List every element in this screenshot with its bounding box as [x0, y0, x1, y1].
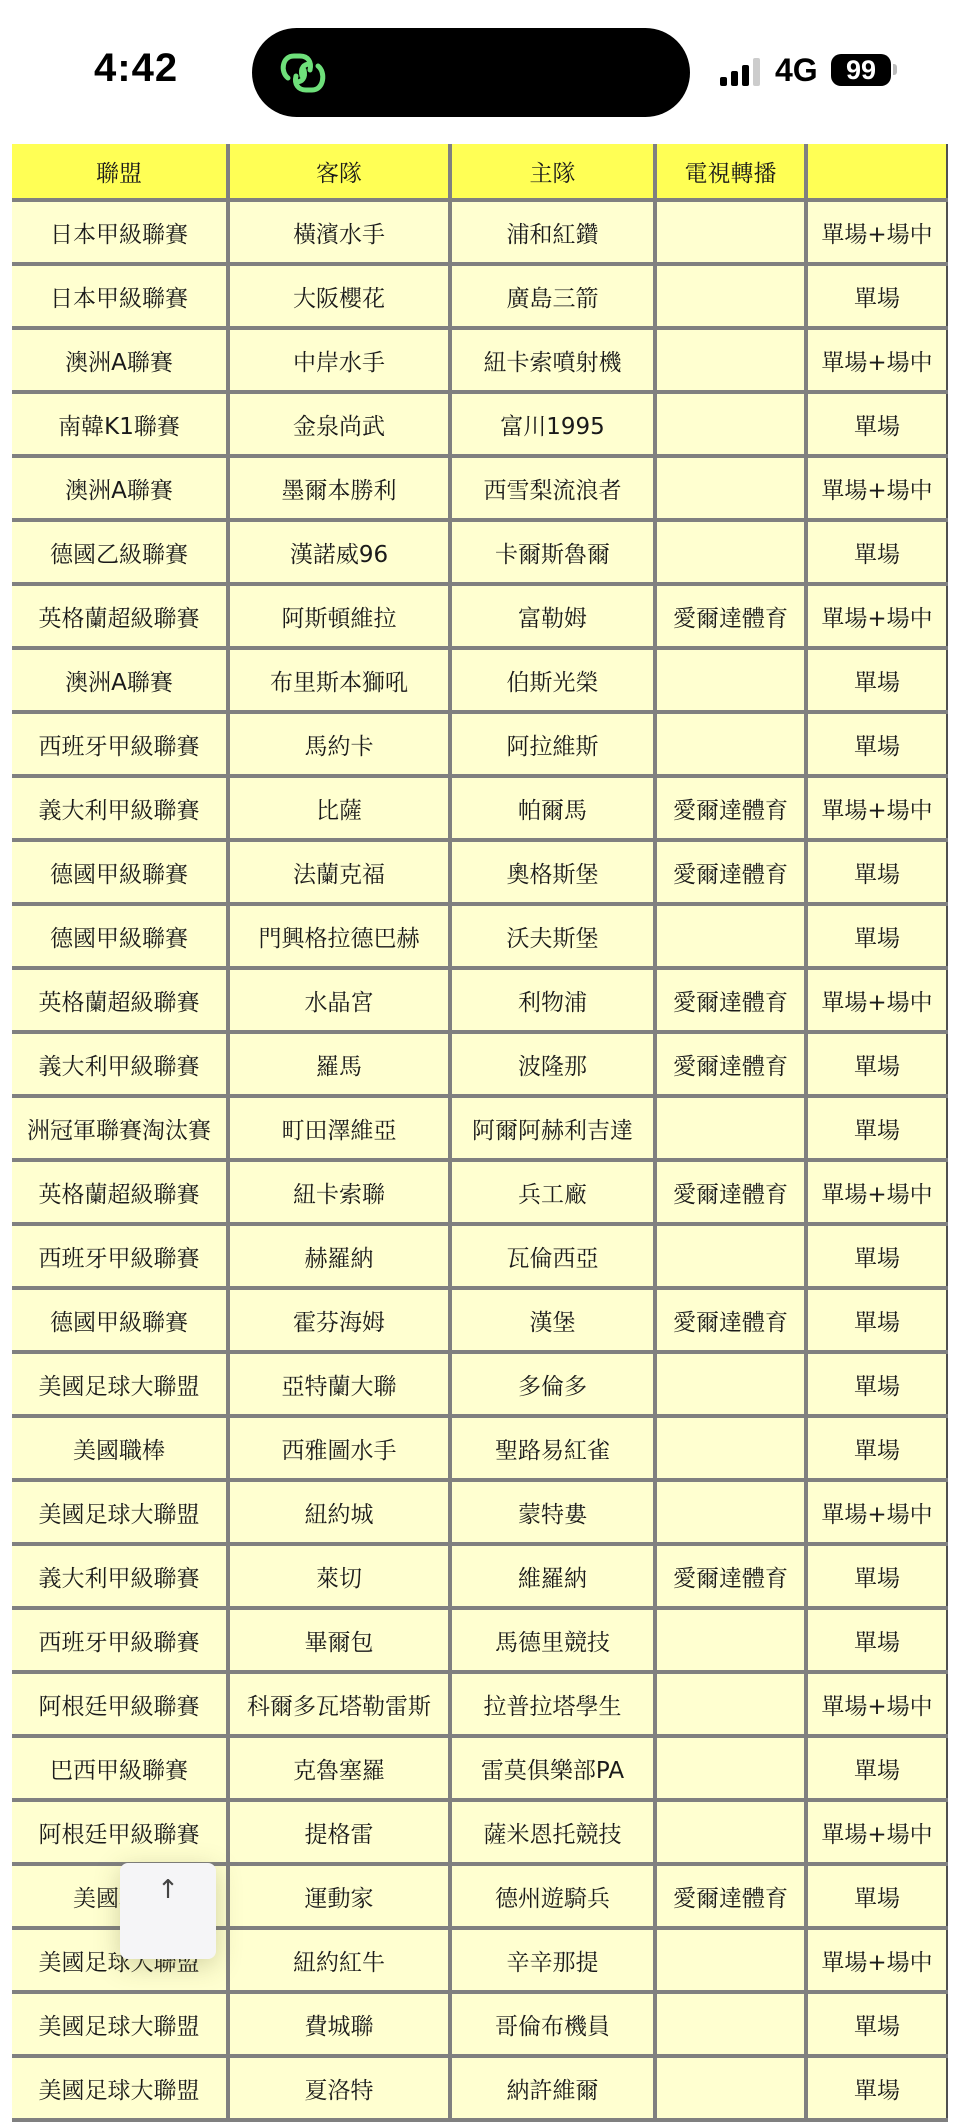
cell-away-team: 漢諾威96: [228, 520, 450, 584]
cell-away-team: 金泉尚武: [228, 392, 450, 456]
cell-away-team: 羅馬: [228, 1032, 450, 1096]
cell-bet-type: 單場: [806, 1096, 947, 1160]
cell-tv-broadcast: 愛爾達體育: [655, 1544, 806, 1608]
cell-tv-broadcast: 愛爾達體育: [655, 840, 806, 904]
cell-tv-broadcast: [655, 904, 806, 968]
cell-home-team: 廣島三箭: [450, 264, 655, 328]
status-bar: 4:42 4G 99: [0, 0, 960, 140]
table-row[interactable]: 德國甲級聯賽霍芬海姆漢堡愛爾達體育單場: [12, 1288, 947, 1352]
cell-home-team: 沃夫斯堡: [450, 904, 655, 968]
cell-tv-broadcast: [655, 1224, 806, 1288]
cell-home-team: 富勒姆: [450, 584, 655, 648]
table-row[interactable]: 澳洲A聯賽布里斯本獅吼伯斯光榮單場: [12, 648, 947, 712]
cell-home-team: 哥倫布機員: [450, 1992, 655, 2056]
cell-home-team: 浦和紅鑽: [450, 200, 655, 264]
cell-tv-broadcast: 愛爾達體育: [655, 1288, 806, 1352]
cell-tv-broadcast: [655, 1416, 806, 1480]
table-row[interactable]: 英格蘭超級聯賽水晶宮利物浦愛爾達體育單場+場中: [12, 968, 947, 1032]
cell-league: 義大利甲級聯賽: [12, 1032, 228, 1096]
table-row[interactable]: 阿根廷甲級聯賽提格雷薩米恩托競技單場+場中: [12, 1800, 947, 1864]
cell-home-team: 奧格斯堡: [450, 840, 655, 904]
cell-tv-broadcast: [655, 2056, 806, 2079]
table-row[interactable]: 義大利甲級聯賽比薩帕爾馬愛爾達體育單場+場中: [12, 776, 947, 840]
cell-away-team: 科爾多瓦塔勒雷斯: [228, 1672, 450, 1736]
cell-league: 巴西甲級聯賽: [12, 1736, 228, 1800]
cell-bet-type: 單場: [806, 392, 947, 456]
cell-bet-type: 單場+場中: [806, 1800, 947, 1864]
cell-tv-broadcast: [655, 264, 806, 328]
cell-home-team: 兵工廠: [450, 1160, 655, 1224]
arrow-up-icon: ↑: [120, 1863, 216, 1903]
cell-league: 澳洲A聯賽: [12, 328, 228, 392]
cell-home-team: 薩米恩托競技: [450, 1800, 655, 1864]
table-row[interactable]: 日本甲級聯賽大阪櫻花廣島三箭單場: [12, 264, 947, 328]
cell-home-team: 馬德里競技: [450, 1608, 655, 1672]
cell-tv-broadcast: 愛爾達體育: [655, 584, 806, 648]
table-row[interactable]: 美國職棒西雅圖水手聖路易紅雀單場: [12, 1416, 947, 1480]
cell-bet-type: 單場+場中: [806, 1928, 947, 1992]
table-row[interactable]: 美國足球大聯盟紐約城蒙特婁單場+場中: [12, 1480, 947, 1544]
table-row[interactable]: 德國甲級聯賽門興格拉德巴赫沃夫斯堡單場: [12, 904, 947, 968]
header-bet-type: [806, 144, 947, 200]
cell-bet-type: 單場: [806, 1864, 947, 1928]
cell-league: 英格蘭超級聯賽: [12, 584, 228, 648]
cell-home-team: 維羅納: [450, 1544, 655, 1608]
cell-league: 英格蘭超級聯賽: [12, 968, 228, 1032]
header-tv-broadcast: 電視轉播: [655, 144, 806, 200]
table-row[interactable]: 日本甲級聯賽橫濱水手浦和紅鑽單場+場中: [12, 200, 947, 264]
cell-bet-type: 單場: [806, 1352, 947, 1416]
cell-bet-type: 單場+場中: [806, 776, 947, 840]
cell-tv-broadcast: [655, 712, 806, 776]
cell-bet-type: 單場+場中: [806, 584, 947, 648]
table-row[interactable]: 南韓K1聯賽金泉尚武富川1995單場: [12, 392, 947, 456]
cell-away-team: 西雅圖水手: [228, 1416, 450, 1480]
cell-home-team: 波隆那: [450, 1032, 655, 1096]
cell-tv-broadcast: [655, 648, 806, 712]
cell-home-team: 多倫多: [450, 1352, 655, 1416]
table-row[interactable]: 德國甲級聯賽法蘭克福奧格斯堡愛爾達體育單場: [12, 840, 947, 904]
cell-tv-broadcast: [655, 1800, 806, 1864]
cell-tv-broadcast: [655, 456, 806, 520]
cell-home-team: 西雪梨流浪者: [450, 456, 655, 520]
cell-bet-type: 單場: [806, 2056, 947, 2079]
cell-bet-type: 單場: [806, 904, 947, 968]
cell-tv-broadcast: [655, 392, 806, 456]
cell-away-team: 大阪櫻花: [228, 264, 450, 328]
table-row[interactable]: 阿根廷甲級聯賽科爾多瓦塔勒雷斯拉普拉塔學生單場+場中: [12, 1672, 947, 1736]
cell-away-team: 夏洛特: [228, 2056, 450, 2079]
cell-league: 英格蘭超級聯賽: [12, 1160, 228, 1224]
battery-icon: 99: [831, 54, 891, 86]
cell-bet-type: 單場: [806, 1416, 947, 1480]
table-row[interactable]: 澳洲A聯賽墨爾本勝利西雪梨流浪者單場+場中: [12, 456, 947, 520]
cell-league: 日本甲級聯賽: [12, 264, 228, 328]
cell-bet-type: 單場: [806, 520, 947, 584]
cell-league: 義大利甲級聯賽: [12, 776, 228, 840]
cell-league: 義大利甲級聯賽: [12, 1544, 228, 1608]
cell-home-team: 納許維爾: [450, 2056, 655, 2079]
cell-home-team: 阿爾阿赫利吉達: [450, 1096, 655, 1160]
cell-bet-type: 單場+場中: [806, 1480, 947, 1544]
cell-bet-type: 單場+場中: [806, 200, 947, 264]
cell-away-team: 費城聯: [228, 1992, 450, 2056]
table-row[interactable]: 澳洲A聯賽中岸水手紐卡索噴射機單場+場中: [12, 328, 947, 392]
match-schedule-table: 聯盟 客隊 主隊 電視轉播 日本甲級聯賽橫濱水手浦和紅鑽單場+場中日本甲級聯賽大…: [12, 144, 948, 2079]
cell-league: 美國足球大聯盟: [12, 1480, 228, 1544]
cell-bet-type: 單場+場中: [806, 456, 947, 520]
cell-tv-broadcast: [655, 328, 806, 392]
cell-bet-type: 單場: [806, 1608, 947, 1672]
cell-away-team: 畢爾包: [228, 1608, 450, 1672]
header-league: 聯盟: [12, 144, 228, 200]
cell-home-team: 卡爾斯魯爾: [450, 520, 655, 584]
cell-away-team: 墨爾本勝利: [228, 456, 450, 520]
cell-league: 西班牙甲級聯賽: [12, 712, 228, 776]
table-row[interactable]: 美國足球大聯盟亞特蘭大聯多倫多單場: [12, 1352, 947, 1416]
cell-league: 澳洲A聯賽: [12, 648, 228, 712]
cell-bet-type: 單場+場中: [806, 968, 947, 1032]
cellular-signal-icon: [720, 58, 764, 86]
table-row[interactable]: 義大利甲級聯賽萊切維羅納愛爾達體育單場: [12, 1544, 947, 1608]
cell-bet-type: 單場: [806, 648, 947, 712]
table-row[interactable]: 美國足球大聯盟費城聯哥倫布機員單場: [12, 1992, 947, 2056]
cell-league: 美國職棒: [12, 1416, 228, 1480]
cell-home-team: 漢堡: [450, 1288, 655, 1352]
cell-league: 美國足球大聯盟: [12, 2056, 228, 2079]
cell-bet-type: 單場: [806, 840, 947, 904]
cell-away-team: 運動家: [228, 1864, 450, 1928]
cell-bet-type: 單場: [806, 264, 947, 328]
cell-bet-type: 單場: [806, 1032, 947, 1096]
cell-tv-broadcast: 愛爾達體育: [655, 1864, 806, 1928]
cell-league: 美國足球大聯盟: [12, 1352, 228, 1416]
cell-away-team: 萊切: [228, 1544, 450, 1608]
cell-league: 德國甲級聯賽: [12, 1288, 228, 1352]
cell-tv-broadcast: [655, 1608, 806, 1672]
cell-league: 美國足球大聯盟: [12, 1992, 228, 2056]
cell-league: 德國乙級聯賽: [12, 520, 228, 584]
table-row[interactable]: 義大利甲級聯賽羅馬波隆那愛爾達體育單場: [12, 1032, 947, 1096]
header-away-team: 客隊: [228, 144, 450, 200]
status-time: 4:42: [94, 46, 178, 91]
cell-home-team: 雷莫俱樂部PA: [450, 1736, 655, 1800]
cell-bet-type: 單場+場中: [806, 1672, 947, 1736]
cell-home-team: 拉普拉塔學生: [450, 1672, 655, 1736]
cell-tv-broadcast: 愛爾達體育: [655, 968, 806, 1032]
cell-away-team: 紐卡索聯: [228, 1160, 450, 1224]
cell-tv-broadcast: [655, 1928, 806, 1992]
cell-away-team: 霍芬海姆: [228, 1288, 450, 1352]
cell-away-team: 中岸水手: [228, 328, 450, 392]
cell-league: 澳洲A聯賽: [12, 456, 228, 520]
table-row[interactable]: 美國足球大聯盟夏洛特納許維爾單場: [12, 2056, 947, 2079]
cell-league: 南韓K1聯賽: [12, 392, 228, 456]
cell-away-team: 克魯塞羅: [228, 1736, 450, 1800]
link-rings-icon: [274, 48, 334, 98]
cell-home-team: 帕爾馬: [450, 776, 655, 840]
cell-home-team: 富川1995: [450, 392, 655, 456]
cell-away-team: 馬約卡: [228, 712, 450, 776]
cell-bet-type: 單場: [806, 1224, 947, 1288]
cell-bet-type: 單場+場中: [806, 1160, 947, 1224]
cell-bet-type: 單場: [806, 1544, 947, 1608]
cell-home-team: 辛辛那提: [450, 1928, 655, 1992]
cell-away-team: 亞特蘭大聯: [228, 1352, 450, 1416]
network-type: 4G: [775, 52, 818, 89]
table-row[interactable]: 洲冠軍聯賽淘汰賽町田澤維亞阿爾阿赫利吉達單場: [12, 1096, 947, 1160]
cell-tv-broadcast: 愛爾達體育: [655, 1032, 806, 1096]
cell-tv-broadcast: 愛爾達體育: [655, 776, 806, 840]
table-row[interactable]: 西班牙甲級聯賽馬約卡阿拉維斯單場: [12, 712, 947, 776]
cell-away-team: 比薩: [228, 776, 450, 840]
cell-tv-broadcast: [655, 1096, 806, 1160]
cell-tv-broadcast: [655, 1480, 806, 1544]
dynamic-island[interactable]: [252, 28, 690, 117]
cell-tv-broadcast: 愛爾達體育: [655, 1160, 806, 1224]
cell-home-team: 蒙特婁: [450, 1480, 655, 1544]
cell-away-team: 阿斯頓維拉: [228, 584, 450, 648]
match-table-container: 聯盟 客隊 主隊 電視轉播 日本甲級聯賽橫濱水手浦和紅鑽單場+場中日本甲級聯賽大…: [12, 144, 947, 2079]
cell-away-team: 水晶宮: [228, 968, 450, 1032]
cell-league: 阿根廷甲級聯賽: [12, 1672, 228, 1736]
table-row[interactable]: 德國乙級聯賽漢諾威96卡爾斯魯爾單場: [12, 520, 947, 584]
cell-league: 西班牙甲級聯賽: [12, 1608, 228, 1672]
cell-home-team: 伯斯光榮: [450, 648, 655, 712]
cell-bet-type: 單場: [806, 1992, 947, 2056]
cell-bet-type: 單場+場中: [806, 328, 947, 392]
cell-away-team: 紐約城: [228, 1480, 450, 1544]
cell-home-team: 紐卡索噴射機: [450, 328, 655, 392]
cell-home-team: 德州遊騎兵: [450, 1864, 655, 1928]
cell-home-team: 利物浦: [450, 968, 655, 1032]
cell-away-team: 町田澤維亞: [228, 1096, 450, 1160]
table-row[interactable]: 西班牙甲級聯賽赫羅納瓦倫西亞單場: [12, 1224, 947, 1288]
table-body: 日本甲級聯賽橫濱水手浦和紅鑽單場+場中日本甲級聯賽大阪櫻花廣島三箭單場澳洲A聯賽…: [12, 200, 947, 2079]
cell-bet-type: 單場: [806, 1736, 947, 1800]
cell-away-team: 紐約紅牛: [228, 1928, 450, 1992]
table-row[interactable]: 巴西甲級聯賽克魯塞羅雷莫俱樂部PA單場: [12, 1736, 947, 1800]
cell-league: 洲冠軍聯賽淘汰賽: [12, 1096, 228, 1160]
cell-league: 日本甲級聯賽: [12, 200, 228, 264]
cell-away-team: 提格雷: [228, 1800, 450, 1864]
table-row[interactable]: 西班牙甲級聯賽畢爾包馬德里競技單場: [12, 1608, 947, 1672]
cell-league: 德國甲級聯賽: [12, 840, 228, 904]
table-header-row: 聯盟 客隊 主隊 電視轉播: [12, 144, 947, 200]
table-row[interactable]: 英格蘭超級聯賽阿斯頓維拉富勒姆愛爾達體育單場+場中: [12, 584, 947, 648]
cell-league: 西班牙甲級聯賽: [12, 1224, 228, 1288]
cell-tv-broadcast: [655, 520, 806, 584]
cell-home-team: 聖路易紅雀: [450, 1416, 655, 1480]
table-row[interactable]: 英格蘭超級聯賽紐卡索聯兵工廠愛爾達體育單場+場中: [12, 1160, 947, 1224]
cell-tv-broadcast: [655, 1992, 806, 2056]
cell-league: 德國甲級聯賽: [12, 904, 228, 968]
cell-tv-broadcast: [655, 1352, 806, 1416]
cell-away-team: 門興格拉德巴赫: [228, 904, 450, 968]
cell-away-team: 布里斯本獅吼: [228, 648, 450, 712]
cell-tv-broadcast: [655, 200, 806, 264]
cell-bet-type: 單場: [806, 1288, 947, 1352]
cell-league: 阿根廷甲級聯賽: [12, 1800, 228, 1864]
header-home-team: 主隊: [450, 144, 655, 200]
battery-tip: [893, 64, 897, 75]
back-to-top-button[interactable]: ↑: [120, 1863, 216, 1959]
cell-away-team: 法蘭克福: [228, 840, 450, 904]
cell-away-team: 橫濱水手: [228, 200, 450, 264]
cell-home-team: 瓦倫西亞: [450, 1224, 655, 1288]
cell-home-team: 阿拉維斯: [450, 712, 655, 776]
cell-away-team: 赫羅納: [228, 1224, 450, 1288]
cell-bet-type: 單場: [806, 712, 947, 776]
cell-tv-broadcast: [655, 1736, 806, 1800]
cell-tv-broadcast: [655, 1672, 806, 1736]
